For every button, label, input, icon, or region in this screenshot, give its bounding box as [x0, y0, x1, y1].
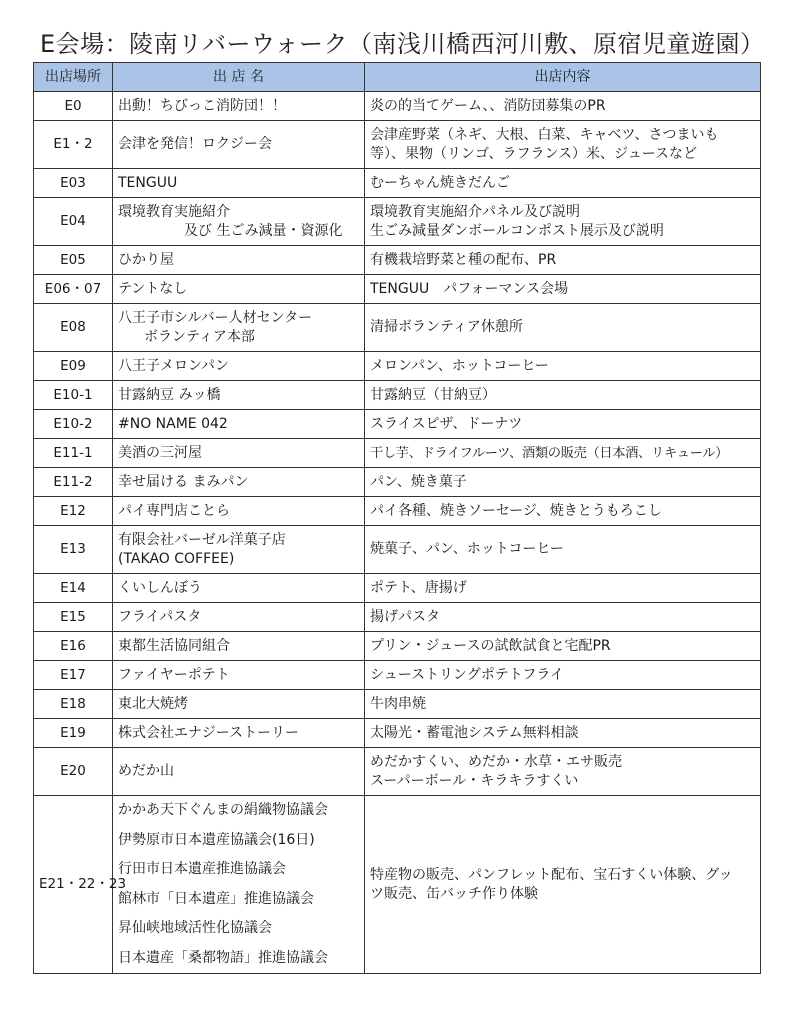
table-row: E18 東北大焼烤 牛肉串焼 — [34, 690, 761, 719]
table-row: E03 TENGUU むーちゃん焼きだんご — [34, 169, 761, 198]
content-line: 等）、果物（リンゴ、ラフランス）米、ジュースなど — [370, 145, 755, 164]
cell-content: パン、焼き菓子 — [365, 468, 761, 497]
cell-name: フライパスタ — [113, 603, 365, 632]
name-line: くいしんぼう — [118, 579, 359, 598]
cell-location: E20 — [34, 748, 113, 796]
cell-location: E15 — [34, 603, 113, 632]
content-line: 生ごみ減量ダンボールコンポスト展示及び説明 — [370, 222, 755, 241]
content-line: スライスピザ、ドーナツ — [370, 415, 755, 434]
name-line: かかあ天下ぐんまの絹織物協議会 — [118, 796, 359, 826]
cell-location: E05 — [34, 246, 113, 275]
vendor-table: 出店場所 出 店 名 出店内容 E0 出動！ちびっこ消防団！！ 炎の的当てゲーム… — [33, 62, 761, 974]
table-row: E19 株式会社エナジーストーリー 太陽光・蓄電池システム無料相談 — [34, 719, 761, 748]
name-line: 会津を発信！ロクジー会 — [118, 135, 359, 154]
table-row: E04 環境教育実施紹介 及び 生ごみ減量・資源化 環境教育実施紹介パネル及び説… — [34, 198, 761, 246]
name-line: 株式会社エナジーストーリー — [118, 724, 359, 743]
header-name: 出 店 名 — [113, 63, 365, 92]
name-line: 東北大焼烤 — [118, 695, 359, 714]
table-header-row: 出店場所 出 店 名 出店内容 — [34, 63, 761, 92]
cell-name: 東北大焼烤 — [113, 690, 365, 719]
cell-location: E0 — [34, 92, 113, 121]
name-line: 有限会社バーゼル洋菓子店 — [118, 531, 359, 550]
cell-location: E1・2 — [34, 121, 113, 169]
table-row: E14 くいしんぼう ポテト、唐揚げ — [34, 574, 761, 603]
content-line: 干し芋、ドライフルーツ、酒類の販売（日本酒、リキュール） — [370, 444, 755, 463]
name-line: 八王子市シルバー人材センター — [118, 309, 359, 328]
table-row: E16 東都生活協同組合 プリン・ジュースの試飲試食と宅配PR — [34, 632, 761, 661]
cell-name: テントなし — [113, 275, 365, 304]
content-line: 清掃ボランティア休憩所 — [370, 318, 755, 337]
table-row: E05 ひかり屋 有機栽培野菜と種の配布、PR — [34, 246, 761, 275]
cell-content: 揚げパスタ — [365, 603, 761, 632]
cell-content: 甘露納豆（甘納豆） — [365, 381, 761, 410]
cell-name: ひかり屋 — [113, 246, 365, 275]
cell-content: 会津産野菜（ネギ、大根、白菜、キャベツ、さつまいも 等）、果物（リンゴ、ラフラン… — [365, 121, 761, 169]
cell-name: 美酒の三河屋 — [113, 439, 365, 468]
cell-location: E11-2 — [34, 468, 113, 497]
content-line: ツ販売、缶バッチ作り体験 — [370, 885, 755, 904]
header-content: 出店内容 — [365, 63, 761, 92]
content-line: パイ各種、焼きソーセージ、焼きとうもろこし — [370, 502, 755, 521]
table-row: E17 ファイヤーポテト シューストリングポテトフライ — [34, 661, 761, 690]
cell-name: 会津を発信！ロクジー会 — [113, 121, 365, 169]
cell-location: E04 — [34, 198, 113, 246]
name-line: 美酒の三河屋 — [118, 444, 359, 463]
cell-name: 八王子メロンパン — [113, 352, 365, 381]
cell-location: E18 — [34, 690, 113, 719]
table-row: E10-2 #NO NAME 042 スライスピザ、ドーナツ — [34, 410, 761, 439]
table-row: E10-1 甘露納豆 みッ橋 甘露納豆（甘納豆） — [34, 381, 761, 410]
content-line: ポテト、唐揚げ — [370, 579, 755, 598]
cell-content: 清掃ボランティア休憩所 — [365, 304, 761, 352]
header-location: 出店場所 — [34, 63, 113, 92]
content-line: 会津産野菜（ネギ、大根、白菜、キャベツ、さつまいも — [370, 126, 755, 145]
content-line: 有機栽培野菜と種の配布、PR — [370, 251, 755, 270]
content-line: プリン・ジュースの試飲試食と宅配PR — [370, 637, 755, 656]
name-line: テントなし — [118, 280, 359, 299]
table-row: E12 パイ専門店ことら パイ各種、焼きソーセージ、焼きとうもろこし — [34, 497, 761, 526]
content-line: パン、焼き菓子 — [370, 473, 755, 492]
name-line: (TAKAO COFFEE) — [118, 550, 359, 569]
cell-content: パイ各種、焼きソーセージ、焼きとうもろこし — [365, 497, 761, 526]
cell-content: プリン・ジュースの試飲試食と宅配PR — [365, 632, 761, 661]
content-line: シューストリングポテトフライ — [370, 666, 755, 685]
table-row: E21・22・23 かかあ天下ぐんまの絹織物協議会 伊勢原市日本遺産協議会(16… — [34, 796, 761, 974]
cell-location: E06・07 — [34, 275, 113, 304]
name-line: 館林市「日本遺産」推進協議会 — [118, 885, 359, 915]
cell-name: 東都生活協同組合 — [113, 632, 365, 661]
name-line: TENGUU — [118, 174, 359, 193]
cell-content: むーちゃん焼きだんご — [365, 169, 761, 198]
cell-name: 出動！ちびっこ消防団！！ — [113, 92, 365, 121]
name-line: めだか山 — [118, 762, 359, 781]
cell-content: 干し芋、ドライフルーツ、酒類の販売（日本酒、リキュール） — [365, 439, 761, 468]
cell-content: シューストリングポテトフライ — [365, 661, 761, 690]
cell-location: E10-1 — [34, 381, 113, 410]
name-line: #NO NAME 042 — [118, 415, 359, 434]
name-line: 行田市日本遺産推進協議会 — [118, 855, 359, 885]
cell-location: E13 — [34, 526, 113, 574]
name-line: 東都生活協同組合 — [118, 637, 359, 656]
name-line: 甘露納豆 みッ橋 — [118, 386, 359, 405]
name-line: 昇仙峡地域活性化協議会 — [118, 914, 359, 944]
cell-name: 有限会社バーゼル洋菓子店 (TAKAO COFFEE) — [113, 526, 365, 574]
name-line: フライパスタ — [118, 608, 359, 627]
cell-location: E17 — [34, 661, 113, 690]
cell-content: ポテト、唐揚げ — [365, 574, 761, 603]
cell-content: 焼菓子、パン、ホットコーヒー — [365, 526, 761, 574]
content-line: 太陽光・蓄電池システム無料相談 — [370, 724, 755, 743]
name-line: 伊勢原市日本遺産協議会(16日) — [118, 826, 359, 856]
cell-content: 有機栽培野菜と種の配布、PR — [365, 246, 761, 275]
content-line: メロンパン、ホットコーヒー — [370, 357, 755, 376]
cell-location: E16 — [34, 632, 113, 661]
cell-location: E03 — [34, 169, 113, 198]
table-row: E0 出動！ちびっこ消防団！！ 炎の的当てゲーム、、消防団募集のPR — [34, 92, 761, 121]
name-line: 八王子メロンパン — [118, 357, 359, 376]
table-row: E08 八王子市シルバー人材センター ボランティア本部 清掃ボランティア休憩所 — [34, 304, 761, 352]
content-line: むーちゃん焼きだんご — [370, 174, 755, 193]
cell-location: E12 — [34, 497, 113, 526]
cell-name: ファイヤーポテト — [113, 661, 365, 690]
cell-name: 八王子市シルバー人材センター ボランティア本部 — [113, 304, 365, 352]
name-line: 日本遺産「桑都物語」推進協議会 — [118, 944, 359, 974]
table-row: E09 八王子メロンパン メロンパン、ホットコーヒー — [34, 352, 761, 381]
cell-name: くいしんぼう — [113, 574, 365, 603]
cell-name: TENGUU — [113, 169, 365, 198]
cell-content: 環境教育実施紹介パネル及び説明 生ごみ減量ダンボールコンポスト展示及び説明 — [365, 198, 761, 246]
cell-content: TENGUU パフォーマンス会場 — [365, 275, 761, 304]
page-title: E会場：陵南リバーウォーク（南浅川橋西河川敷、原宿児童遊園） — [40, 24, 764, 59]
cell-content: めだかすくい、めだか・水草・エサ販売 スーパーボール・キラキラすくい — [365, 748, 761, 796]
cell-location: E19 — [34, 719, 113, 748]
table-row: E06・07 テントなし TENGUU パフォーマンス会場 — [34, 275, 761, 304]
cell-location: E21・22・23 — [34, 796, 113, 974]
cell-name: 甘露納豆 みッ橋 — [113, 381, 365, 410]
cell-name: 幸せ届ける まみパン — [113, 468, 365, 497]
content-line: TENGUU パフォーマンス会場 — [370, 280, 755, 299]
cell-name: 株式会社エナジーストーリー — [113, 719, 365, 748]
cell-location: E09 — [34, 352, 113, 381]
cell-location: E08 — [34, 304, 113, 352]
content-line: 特産物の販売、パンフレット配布、宝石すくい体験、グッ — [370, 866, 755, 885]
table-row: E11-2 幸せ届ける まみパン パン、焼き菓子 — [34, 468, 761, 497]
content-line: 揚げパスタ — [370, 608, 755, 627]
cell-name: パイ専門店ことら — [113, 497, 365, 526]
content-line: めだかすくい、めだか・水草・エサ販売 — [370, 753, 755, 772]
cell-content: 炎の的当てゲーム、、消防団募集のPR — [365, 92, 761, 121]
content-line: 環境教育実施紹介パネル及び説明 — [370, 203, 755, 222]
cell-content: 牛肉串焼 — [365, 690, 761, 719]
table-row: E15 フライパスタ 揚げパスタ — [34, 603, 761, 632]
table-row: E11-1 美酒の三河屋 干し芋、ドライフルーツ、酒類の販売（日本酒、リキュール… — [34, 439, 761, 468]
content-line: スーパーボール・キラキラすくい — [370, 772, 755, 791]
name-line: 及び 生ごみ減量・資源化 — [118, 222, 359, 241]
name-line: パイ専門店ことら — [118, 502, 359, 521]
content-line: 甘露納豆（甘納豆） — [370, 386, 755, 405]
content-line: 焼菓子、パン、ホットコーヒー — [370, 540, 755, 559]
cell-location: E11-1 — [34, 439, 113, 468]
cell-content: 太陽光・蓄電池システム無料相談 — [365, 719, 761, 748]
name-line: 環境教育実施紹介 — [118, 203, 359, 222]
table-row: E20 めだか山 めだかすくい、めだか・水草・エサ販売 スーパーボール・キラキラ… — [34, 748, 761, 796]
name-line: 出動！ちびっこ消防団！！ — [118, 97, 359, 116]
cell-location: E10-2 — [34, 410, 113, 439]
cell-name: #NO NAME 042 — [113, 410, 365, 439]
cell-content: スライスピザ、ドーナツ — [365, 410, 761, 439]
name-line: ボランティア本部 — [118, 328, 359, 347]
cell-name: めだか山 — [113, 748, 365, 796]
table-row: E1・2 会津を発信！ロクジー会 会津産野菜（ネギ、大根、白菜、キャベツ、さつま… — [34, 121, 761, 169]
content-line: 炎の的当てゲーム、、消防団募集のPR — [370, 97, 755, 116]
cell-content: 特産物の販売、パンフレット配布、宝石すくい体験、グッ ツ販売、缶バッチ作り体験 — [365, 796, 761, 974]
cell-location: E14 — [34, 574, 113, 603]
table-row: E13 有限会社バーゼル洋菓子店 (TAKAO COFFEE) 焼菓子、パン、ホ… — [34, 526, 761, 574]
content-line: 牛肉串焼 — [370, 695, 755, 714]
name-line: ファイヤーポテト — [118, 666, 359, 685]
name-line: 幸せ届ける まみパン — [118, 473, 359, 492]
name-line: ひかり屋 — [118, 251, 359, 270]
cell-name: 環境教育実施紹介 及び 生ごみ減量・資源化 — [113, 198, 365, 246]
cell-name: かかあ天下ぐんまの絹織物協議会 伊勢原市日本遺産協議会(16日) 行田市日本遺産… — [113, 796, 365, 974]
cell-content: メロンパン、ホットコーヒー — [365, 352, 761, 381]
